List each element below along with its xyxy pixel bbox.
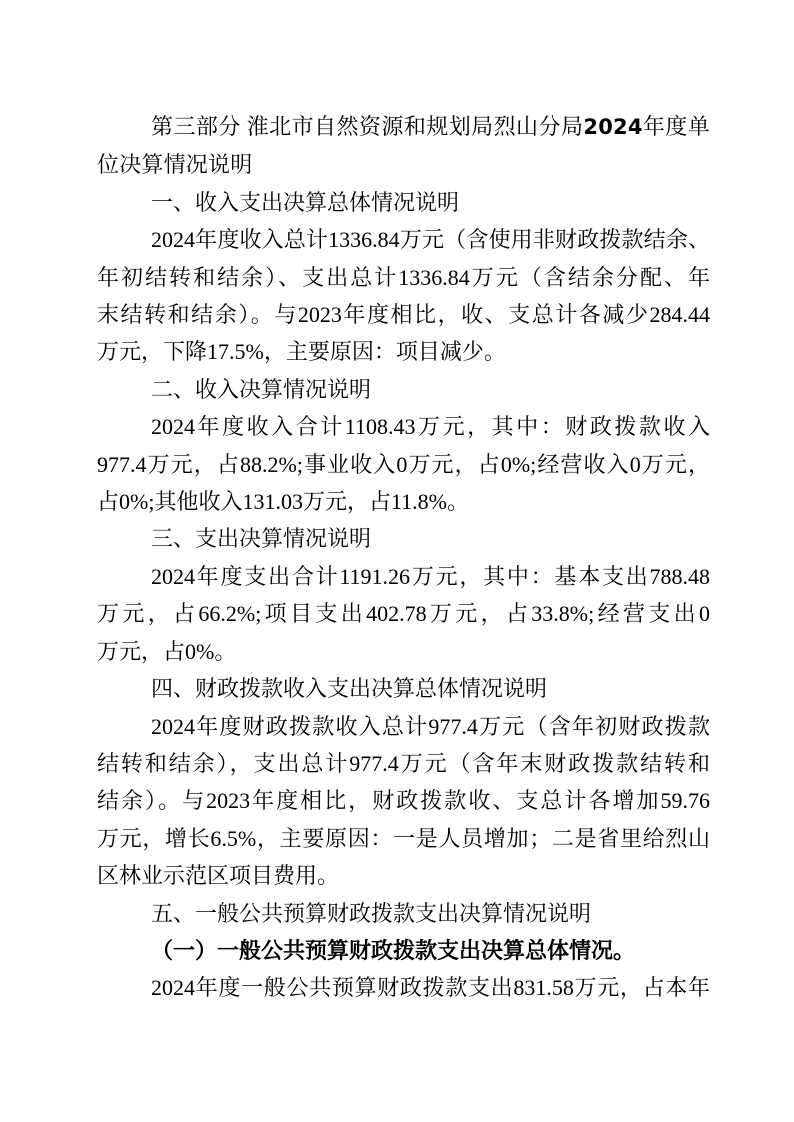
section-3-paragraph-line: 万元，占66.2%;项目支出402.78万元，占33.8%;经营支出0: [97, 595, 710, 632]
section-1-paragraph-line: 万元，下降17.5%，主要原因：项目减少。: [97, 333, 710, 370]
section-1-heading: 一、收入支出决算总体情况说明: [97, 184, 710, 221]
section-4-paragraph-line: 2024年度财政拨款收入总计977.4万元（含年初财政拨款: [97, 708, 710, 745]
section-3-heading: 三、支出决算情况说明: [97, 520, 710, 557]
section-5-heading: 五、一般公共预算财政拨款支出决算情况说明: [97, 895, 710, 932]
title-year: 2024: [583, 115, 642, 139]
section-5-paragraph-line: 2024年度一般公共预算财政拨款支出831.58万元，占本年: [97, 969, 710, 1006]
document-title-line-2: 位决算情况说明: [97, 146, 710, 183]
document-title-line-1: 第三部分 淮北市自然资源和规划局烈山分局2024年度单: [97, 108, 710, 146]
title-text-after-year: 年度单: [643, 114, 710, 139]
section-4-paragraph-line: 万元，增长6.5%，主要原因：一是人员增加；二是省里给烈山: [97, 820, 710, 857]
section-5-subheading: （一）一般公共预算财政拨款支出决算总体情况。: [97, 932, 710, 969]
section-1-paragraph-line: 末结转和结余）。与2023年度相比，收、支总计各减少284.44: [97, 296, 710, 333]
title-text-before-year: 第三部分 淮北市自然资源和规划局烈山分局: [151, 114, 583, 139]
section-4-paragraph-line: 结余）。与2023年度相比，财政拨款收、支总计各增加59.76: [97, 782, 710, 819]
section-2-heading: 二、收入决算情况说明: [97, 371, 710, 408]
section-1-paragraph-line: 年初结转和结余）、支出总计1336.84万元（含结余分配、年: [97, 259, 710, 296]
section-4-heading: 四、财政拨款收入支出决算总体情况说明: [97, 670, 710, 707]
document-page: 第三部分 淮北市自然资源和规划局烈山分局2024年度单 位决算情况说明 一、收入…: [0, 0, 794, 1122]
section-2-paragraph-line: 977.4万元，占88.2%;事业收入0万元，占0%;经营收入0万元，: [97, 446, 710, 483]
section-2-paragraph-line: 2024年度收入合计1108.43万元，其中：财政拨款收入: [97, 408, 710, 445]
section-3-paragraph-line: 万元，占0%。: [97, 633, 710, 670]
section-4-paragraph-line: 结转和结余），支出总计977.4万元（含年末财政拨款结转和: [97, 745, 710, 782]
section-3-paragraph-line: 2024年度支出合计1191.26万元，其中：基本支出788.48: [97, 558, 710, 595]
section-4-paragraph-line: 区林业示范区项目费用。: [97, 857, 710, 894]
section-1-paragraph-line: 2024年度收入总计1336.84万元（含使用非财政拨款结余、: [97, 221, 710, 258]
section-2-paragraph-line: 占0%;其他收入131.03万元，占11.8%。: [97, 483, 710, 520]
